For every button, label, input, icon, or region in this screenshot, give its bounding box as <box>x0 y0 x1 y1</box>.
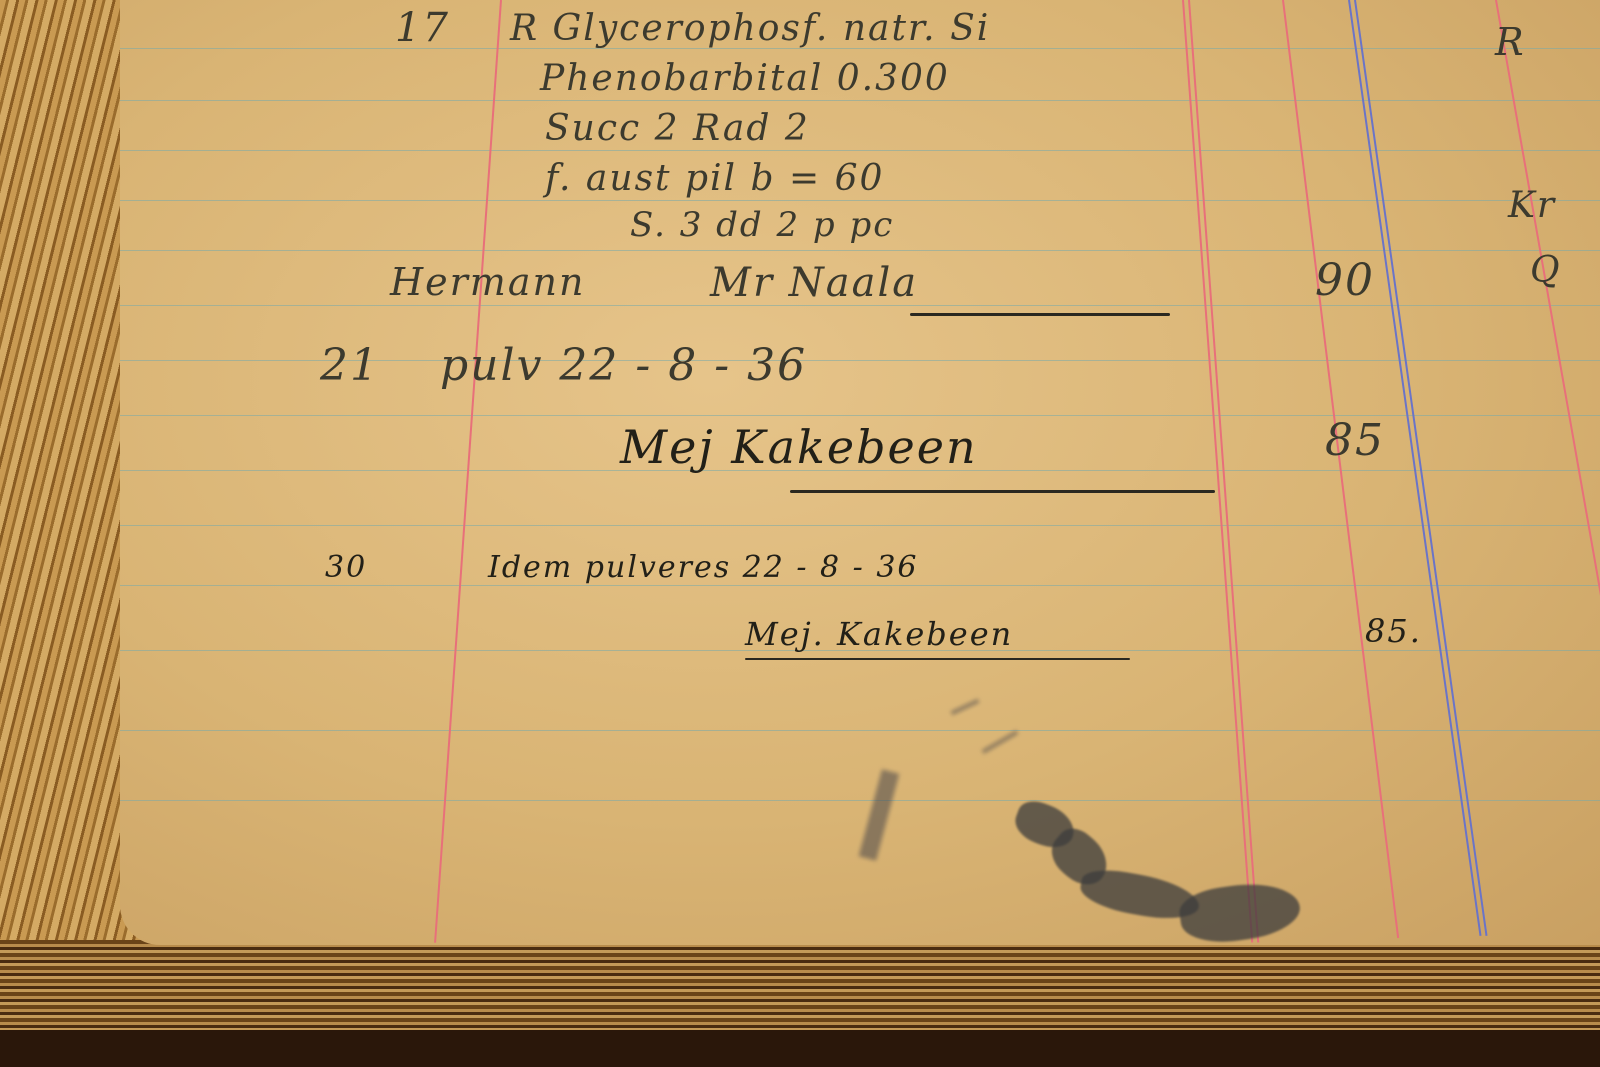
ruled-line <box>120 150 1600 151</box>
name-underline <box>745 658 1130 660</box>
column-line-blue <box>1354 0 1487 936</box>
column-line-red <box>1495 0 1600 931</box>
right-column-mark: Kr <box>1508 185 1556 226</box>
entry-day: 21 <box>320 340 380 391</box>
entry-day: 17 <box>395 5 450 51</box>
ruled-line <box>120 525 1600 526</box>
entry-line: Succ 2 Rad 2 <box>545 108 810 149</box>
margin-line-red <box>434 0 502 943</box>
patient-name: Mr Naala <box>710 260 918 306</box>
right-column-mark: Q <box>1530 250 1562 291</box>
entry-day: 30 <box>325 550 367 585</box>
ink-smudge <box>951 699 980 715</box>
ruled-line <box>120 800 1600 801</box>
table-surface <box>0 1030 1600 1067</box>
ink-smudge <box>982 730 1019 753</box>
right-column-mark: R <box>1495 20 1526 64</box>
column-line-blue <box>1348 0 1481 936</box>
column-line-red <box>1188 0 1259 943</box>
patient-name: Mej Kakebeen <box>620 420 978 474</box>
entry-line: pulv 22 - 8 - 36 <box>440 340 807 391</box>
name-underline <box>790 490 1215 493</box>
entry-line: f. aust pil b = 60 <box>545 158 884 199</box>
entry-amount: 85 <box>1325 415 1385 466</box>
column-line-red <box>1182 0 1253 943</box>
patient-name: Mej. Kakebeen <box>745 615 1013 653</box>
entry-prefix: Hermann <box>390 260 585 304</box>
ruled-line <box>120 585 1600 586</box>
entry-line: S. 3 dd 2 p pc <box>630 205 894 245</box>
entry-line: Idem pulveres 22 - 8 - 36 <box>488 550 919 585</box>
ink-stain <box>1177 877 1303 945</box>
entry-amount: 85. <box>1365 612 1422 650</box>
name-underline <box>910 313 1170 316</box>
ink-smudge <box>859 769 900 861</box>
entry-amount: 90 <box>1315 255 1375 306</box>
ruled-line <box>120 250 1600 251</box>
ruled-line <box>120 100 1600 101</box>
ruled-line <box>120 730 1600 731</box>
page-stack-bottom <box>0 940 1600 1040</box>
entry-line: Phenobarbital 0.300 <box>540 58 950 99</box>
entry-line: R Glycerophosf. natr. Si <box>510 8 990 49</box>
ledger-page: 17 R Glycerophosf. natr. Si Phenobarbita… <box>120 0 1600 945</box>
